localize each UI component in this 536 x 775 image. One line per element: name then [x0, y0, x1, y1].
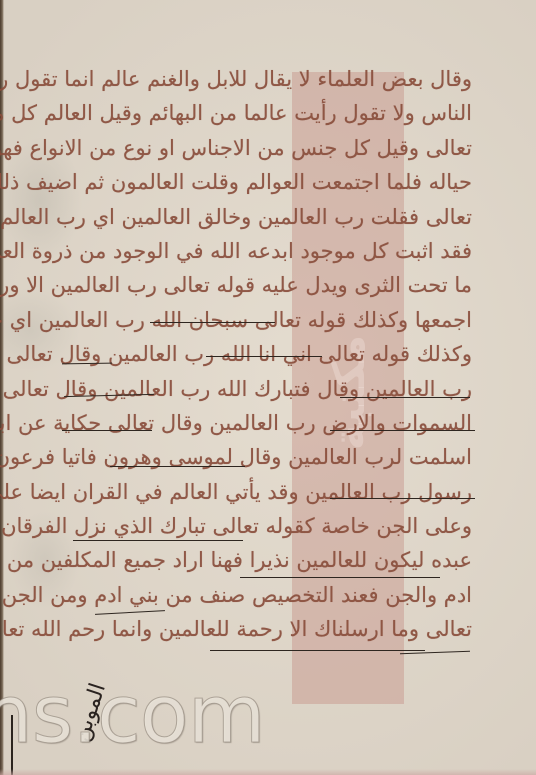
underline-rule: [240, 577, 440, 578]
fold-line: [11, 715, 13, 775]
text-line-15: عبده ليكون للعالمين نذيرا فهنا اراد جميع…: [44, 543, 472, 577]
underline-rule: [150, 322, 275, 323]
underline-rule: [330, 430, 475, 431]
text-line-5: تعالى فقلت رب العالمين وخالق العالمين اي…: [44, 200, 472, 234]
underline-rule: [73, 540, 243, 541]
text-line-4: حياله فلما اجتمعت العوالم وقلت العالمون …: [44, 165, 472, 199]
underline-rule: [62, 430, 152, 431]
underline-rule: [330, 498, 475, 499]
site-watermark: ns.com: [0, 668, 265, 761]
text-line-13: رسول رب العالمين وقد يأتي العالم في القر…: [44, 475, 472, 509]
text-block: وقال بعض العلماء لا يقال للابل والغنم عا…: [44, 62, 472, 647]
text-line-2: الناس ولا تقول رأيت عالما من البهائم وقي…: [44, 96, 472, 130]
text-line-14: وعلى الجن خاصة كقوله تعالى تبارك الذي نز…: [44, 509, 472, 543]
manuscript-page: مكتبة وقال بعض العلماء لا يقال للابل وال…: [0, 0, 536, 775]
text-line-3: تعالى وقيل كل جنس من الاجناس او نوع من ا…: [44, 131, 472, 165]
underline-rule: [206, 356, 322, 357]
text-line-16: ادم والجن فعند التخصيص صنف من بني ادم وم…: [44, 578, 472, 612]
underline-rule: [110, 466, 245, 467]
text-line-6: فقد اثبت كل موجود ابدعه الله في الوجود م…: [44, 234, 472, 268]
text-line-8: اجمعها وكذلك قوله تعالى سبحان الله رب ال…: [44, 303, 472, 337]
text-line-11: السموات والارض رب العالمين وقال تعالى حك…: [44, 406, 472, 440]
underline-rule: [210, 650, 425, 651]
text-line-9: وكذلك قوله تعالى اني انا الله رب العالمي…: [44, 337, 472, 371]
text-line-1: وقال بعض العلماء لا يقال للابل والغنم عا…: [44, 62, 472, 96]
text-line-17: تعالى وما ارسلناك الا رحمة للعالمين وانم…: [44, 612, 472, 646]
page-bottom-edge: [0, 769, 536, 775]
text-line-12: اسلمت لرب العالمين وقال لموسى وهرون فاتي…: [44, 440, 472, 474]
text-line-7: ما تحت الثرى ويدل عليه قوله تعالى رب الع…: [44, 268, 472, 302]
underline-rule: [400, 651, 470, 655]
text-line-10: رب العالمين وقال فتبارك الله رب العالمين…: [44, 372, 472, 406]
underline-rule: [340, 397, 470, 398]
